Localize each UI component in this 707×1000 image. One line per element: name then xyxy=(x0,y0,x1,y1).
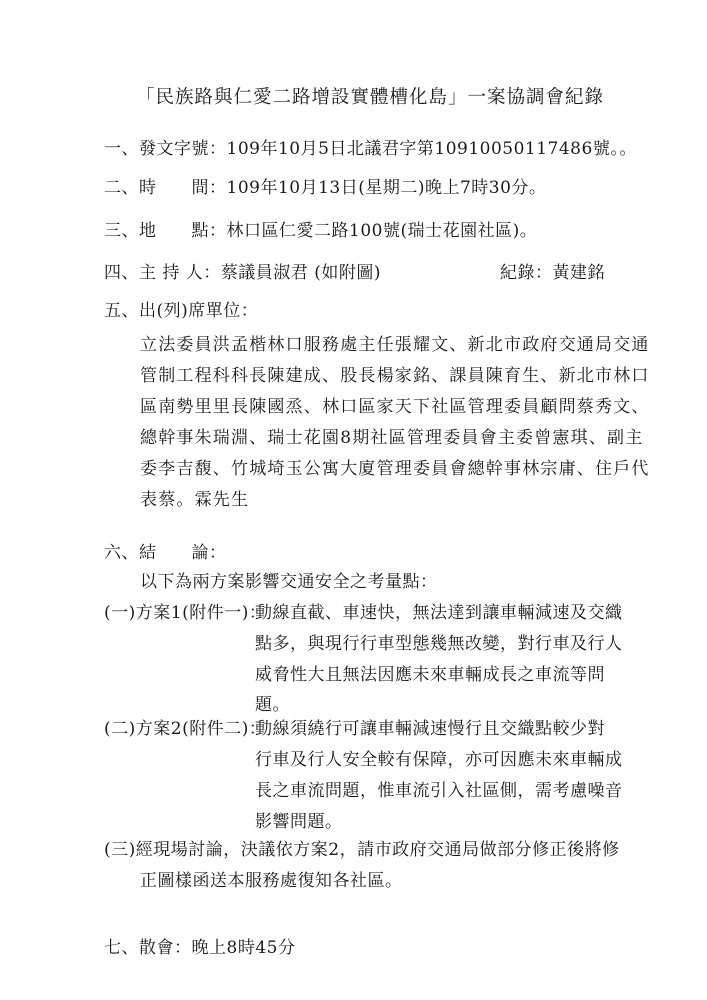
resolution: (三)經現場討論，決議依方案2，請市政府交通局做部分修正後將修 xyxy=(104,838,620,862)
option-2-line: 行車及行人安全較有保障，亦可因應未來車輛成 xyxy=(255,748,623,772)
resolution-line: 經現場討論，決議依方案2，請市政府交通局做部分修正後將修 xyxy=(136,840,620,860)
resolution-label: (三) xyxy=(104,840,136,860)
section-value: 蔡議員淑君 (如附圖) xyxy=(221,263,381,283)
attendees-line: 立法委員洪孟楷林口服務處主任張耀文、新北市政府交通局交通 xyxy=(140,333,650,357)
section-location: 三、地 點：林口區仁愛二路100號(瑞士花園社區)。 xyxy=(104,219,537,243)
section-value: 109年10月13日(星期二)晚上7時30分。 xyxy=(227,178,547,198)
document-title: 「民族路與仁愛二路增設實體槽化島」一案協調會紀錄 xyxy=(136,86,604,110)
option-2-label: (二)方案2(附件二)： xyxy=(104,717,266,741)
section-value: 晚上8時45分 xyxy=(192,938,296,958)
attendees-line: 總幹事朱瑞淵、瑞士花園8期社區管理委員會主委曾憲琪、副主 xyxy=(140,426,643,450)
section-label: 一、發文字號： xyxy=(104,139,227,159)
section-value: 林口區仁愛二路100號(瑞士花園社區)。 xyxy=(227,221,538,241)
attendees-line: 區南勢里里長陳國烝、林口區家天下社區管理委員顧問蔡秀文、 xyxy=(140,395,650,419)
section-attendees-label: 五、出(列)席單位： xyxy=(104,299,258,323)
section-conclusion-label: 六、結 論： xyxy=(104,541,227,565)
attendees-line: 表蔡。霖先生 xyxy=(140,488,249,512)
section-label: 三、地 點： xyxy=(104,221,227,241)
recorder: 紀錄：黃建銘 xyxy=(500,261,605,285)
attendees-line: 委李吉馥、竹城埼玉公寓大廈管理委員會總幹事林宗庸、住戶代 xyxy=(140,457,650,481)
option-1-label: (一)方案1(附件一)： xyxy=(104,601,266,625)
section-label: 二、時 間： xyxy=(104,178,227,198)
option-1-line: 動線直截、車速快，無法達到讓車輛減速及交織 xyxy=(255,601,623,625)
resolution-line: 正圖樣函送本服務處復知各社區。 xyxy=(140,869,403,893)
option-2-line: 影響問題。 xyxy=(255,810,343,834)
option-2-line: 長之車流問題，惟車流引入社區側，需考慮噪音 xyxy=(255,779,623,803)
section-value: 109年10月5日北議君字第10910050117486號。。 xyxy=(227,139,637,159)
option-2-line: 動線須繞行可讓車輛減速慢行且交織點較少對 xyxy=(255,717,605,741)
section-time: 二、時 間：109年10月13日(星期二)晚上7時30分。 xyxy=(104,176,546,200)
option-1-line: 點多，與現行行車型態幾無改變，對行車及行人 xyxy=(255,632,623,656)
option-1-line: 題。 xyxy=(255,693,290,717)
section-label: 七、散會： xyxy=(104,938,192,958)
attendees-line: 管制工程科科長陳建成、股長楊家銘、課員陳育生、新北市林口 xyxy=(140,364,650,388)
section-adjourn: 七、散會：晚上8時45分 xyxy=(104,936,295,960)
conclusion-intro: 以下為兩方案影響交通安全之考量點： xyxy=(140,570,438,594)
option-1-line: 威脅性大且無法因應未來車輛成長之車流等問 xyxy=(255,663,605,687)
section-document-number: 一、發文字號：109年10月5日北議君字第10910050117486號。。 xyxy=(104,137,637,161)
section-host: 四、主 持 人：蔡議員淑君 (如附圖) xyxy=(104,261,381,285)
section-label: 四、主 持 人： xyxy=(104,263,221,283)
